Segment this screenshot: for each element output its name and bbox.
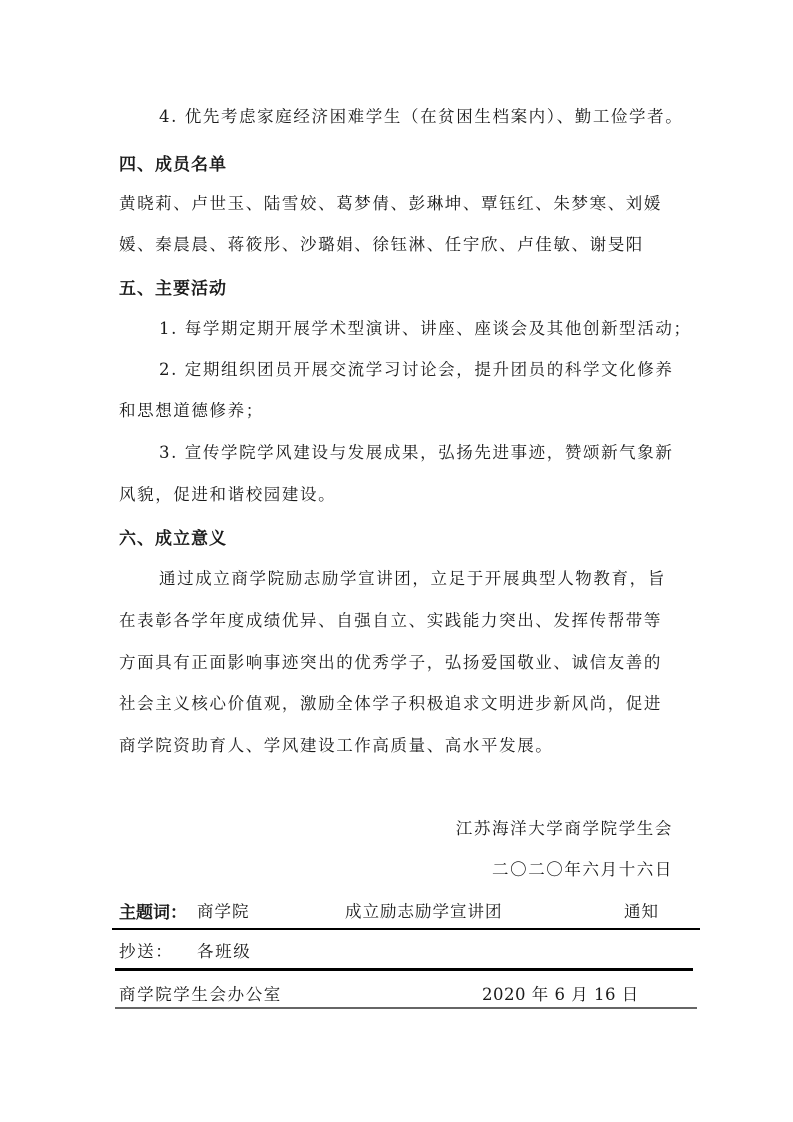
keywords-row: 主题词： 商学院 成立励志励学宣讲团 通知 — [119, 898, 187, 923]
issue-date: 2020 年 6 月 16 日 — [482, 981, 639, 1005]
divider-rule-1 — [112, 928, 700, 930]
activity-item-2-line-2: 和思想道德修养； — [119, 397, 264, 421]
cc-value: 各班级 — [197, 938, 251, 962]
activity-item-3-line-2: 风貌，促进和谐校园建设。 — [119, 481, 336, 505]
divider-rule-2 — [115, 968, 693, 971]
significance-line-1: 通过成立商学院励志励学宣讲团，立足于开展典型人物教育，旨 — [159, 565, 666, 589]
keywords-label: 主题词： — [119, 903, 187, 923]
activity-item-2-line-1: 2. 定期组织团员开展交流学习讨论会，提升团员的科学文化修养 — [159, 356, 674, 380]
cc-row: 抄送： 各班级 — [119, 938, 173, 962]
significance-line-4: 社会主义核心价值观，激励全体学子积极追求文明进步新风尚，促进 — [119, 690, 662, 714]
issuer: 商学院学生会办公室 — [119, 981, 282, 1005]
significance-line-3: 方面具有正面影响事迹突出的优秀学子，弘扬爱国敬业、诚信友善的 — [119, 649, 662, 673]
keyword-2: 成立励志励学宣讲团 — [345, 898, 503, 922]
significance-line-5: 商学院资助育人、学风建设工作高质量、高水平发展。 — [119, 732, 553, 756]
keyword-1: 商学院 — [197, 898, 250, 922]
item-4-text: 4. 优先考虑家庭经济困难学生（在贫困生档案内）、勤工俭学者。 — [159, 103, 683, 127]
significance-line-2: 在表彰各学年度成绩优异、自强自立、实践能力突出、发挥传帮带等 — [119, 607, 662, 631]
members-line-2: 媛、秦晨晨、蒋筱彤、沙璐娟、徐钰淋、任宇欣、卢佳敏、谢旻阳 — [119, 231, 644, 255]
signature-org: 江苏海洋大学商学院学生会 — [456, 815, 673, 839]
section-heading-activities: 五、主要活动 — [119, 274, 227, 299]
signature-date: 二〇二〇年六月十六日 — [492, 856, 673, 880]
keyword-3: 通知 — [624, 898, 659, 922]
activity-item-1: 1. 每学期定期开展学术型演讲、讲座、座谈会及其他创新型活动； — [159, 315, 692, 339]
cc-label: 抄送： — [119, 942, 173, 961]
section-heading-significance: 六、成立意义 — [119, 524, 227, 549]
section-heading-members: 四、成员名单 — [119, 150, 227, 175]
members-line-1: 黄晓莉、卢世玉、陆雪姣、葛梦倩、彭琳坤、覃钰红、朱梦寒、刘媛 — [119, 190, 662, 214]
activity-item-3-line-1: 3. 宣传学院学风建设与发展成果，弘扬先进事迹，赞颂新气象新 — [159, 439, 674, 463]
divider-rule-3 — [115, 1007, 697, 1009]
